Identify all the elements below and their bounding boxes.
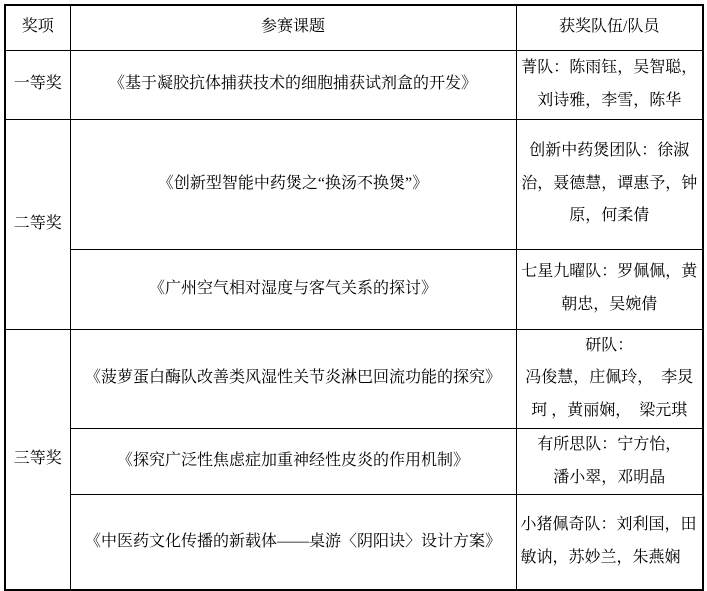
team-cell: 创新中药煲团队：徐淑 治，聂德慧，谭惠予，钟 原，何柔倩 bbox=[516, 119, 703, 249]
awards-table: 奖项 参赛课题 获奖队伍/队员 一等奖 《基于凝胶抗体捕获技术的细胞捕获试剂盒的… bbox=[4, 4, 704, 591]
col-header-award: 奖项 bbox=[5, 5, 70, 50]
table-row: 《探究广泛性焦虑症加重神经性皮炎的作用机制》 有所思队：宁方怡， 潘小翠，邓明晶 bbox=[5, 428, 703, 495]
document-page: 奖项 参赛课题 获奖队伍/队员 一等奖 《基于凝胶抗体捕获技术的细胞捕获试剂盒的… bbox=[0, 0, 707, 587]
team-cell: 七星九曜队：罗佩佩，黄 朝忠，吴婉倩 bbox=[516, 249, 703, 329]
team-cell: 有所思队：宁方怡， 潘小翠，邓明晶 bbox=[516, 428, 703, 495]
team-cell: 菁队：陈雨钰，吴智聪， 刘诗雅，李雪，陈华 bbox=[516, 50, 703, 119]
table-row: 二等奖 《创新型智能中药煲之“换汤不换煲”》 创新中药煲团队：徐淑 治，聂德慧，… bbox=[5, 119, 703, 249]
team-cell: 研队： 冯俊慧，庄佩玲， 李炅 珂 ，黄丽娴， 梁元琪 bbox=[516, 329, 703, 428]
col-header-topic: 参赛课题 bbox=[70, 5, 516, 50]
topic-cell: 《广州空气相对湿度与客气关系的探讨》 bbox=[70, 249, 516, 329]
topic-cell: 《中医药文化传播的新载体——桌游〈阴阳诀〉设计方案》 bbox=[70, 495, 516, 590]
table-row: 《中医药文化传播的新载体——桌游〈阴阳诀〉设计方案》 小猪佩奇队：刘利国，田 敏… bbox=[5, 495, 703, 590]
table-row: 一等奖 《基于凝胶抗体捕获技术的细胞捕获试剂盒的开发》 菁队：陈雨钰，吴智聪， … bbox=[5, 50, 703, 119]
award-cell-third-prize: 三等奖 bbox=[5, 329, 70, 590]
table-row: 三等奖 《菠萝蛋白酶队改善类风湿性关节炎淋巴回流功能的探究》 研队： 冯俊慧，庄… bbox=[5, 329, 703, 428]
topic-cell: 《基于凝胶抗体捕获技术的细胞捕获试剂盒的开发》 bbox=[70, 50, 516, 119]
table-row: 《广州空气相对湿度与客气关系的探讨》 七星九曜队：罗佩佩，黄 朝忠，吴婉倩 bbox=[5, 249, 703, 329]
header-row: 奖项 参赛课题 获奖队伍/队员 bbox=[5, 5, 703, 50]
topic-cell: 《探究广泛性焦虑症加重神经性皮炎的作用机制》 bbox=[70, 428, 516, 495]
topic-cell: 《菠萝蛋白酶队改善类风湿性关节炎淋巴回流功能的探究》 bbox=[70, 329, 516, 428]
award-cell-first-prize: 一等奖 bbox=[5, 50, 70, 119]
team-cell: 小猪佩奇队：刘利国，田 敏讷，苏妙兰，朱燕娴 bbox=[516, 495, 703, 590]
col-header-team: 获奖队伍/队员 bbox=[516, 5, 703, 50]
award-cell-second-prize: 二等奖 bbox=[5, 119, 70, 329]
topic-cell: 《创新型智能中药煲之“换汤不换煲”》 bbox=[70, 119, 516, 249]
